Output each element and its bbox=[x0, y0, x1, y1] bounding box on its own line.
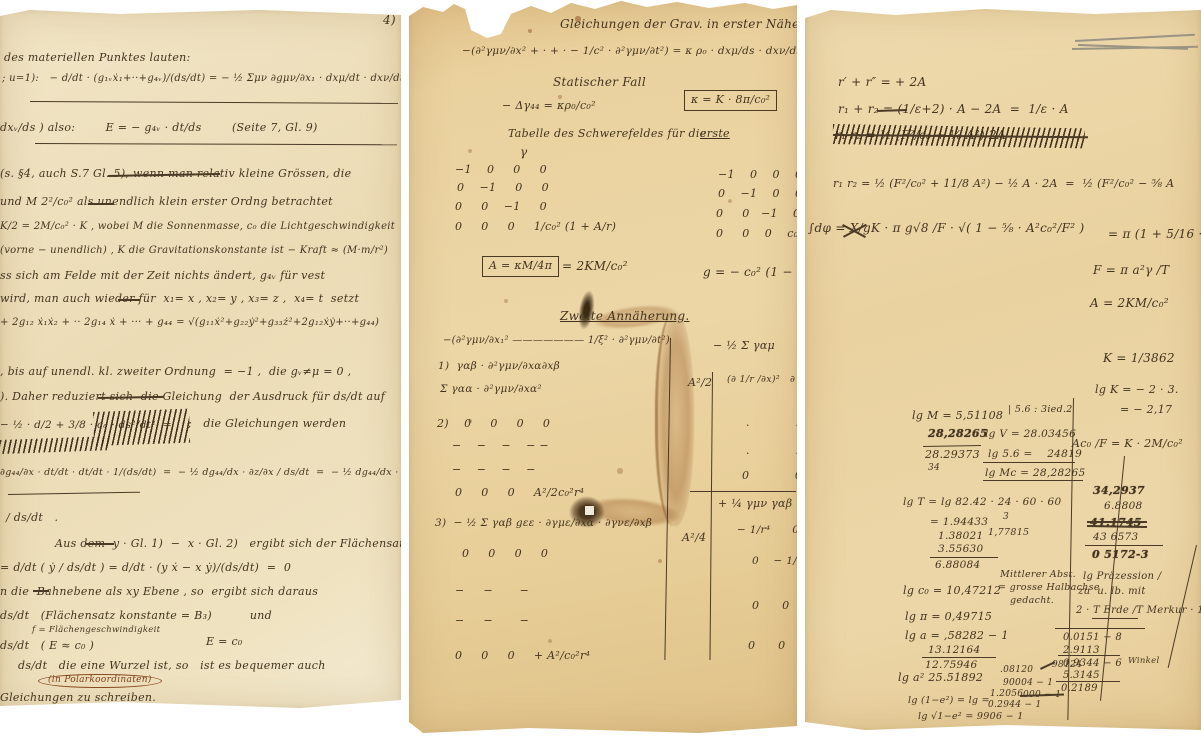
handwritten-line: gedacht. bbox=[1010, 596, 1054, 606]
handwritten-line: r′ + r″ = + 2A bbox=[838, 76, 926, 89]
handwritten-line: (in Polarkoordinaten) bbox=[38, 674, 162, 688]
handwritten-line: lg V = 28.03456 bbox=[985, 429, 1076, 440]
handwritten-line: = − 2,17 bbox=[1120, 404, 1172, 416]
handwritten-line: − ½ Σ γαμ bbox=[713, 340, 775, 352]
handwritten-line: Gleichungen zu schreiben. bbox=[0, 692, 156, 704]
handwritten-line: 28.29373 bbox=[925, 449, 980, 461]
handwritten-line: ds/dt ( E ≈ c₀ ) bbox=[0, 640, 94, 652]
handwritten-line: 1,77815 bbox=[988, 528, 1029, 538]
handwritten-line: 0 0 bbox=[748, 640, 785, 652]
handwritten-line: Mittlerer Abst. bbox=[1000, 570, 1076, 580]
handwritten-line: + ¼ γμν γαβ bbox=[718, 498, 792, 510]
hrule-mark bbox=[983, 462, 1075, 463]
handwritten-line: F = π a²γ /T bbox=[1093, 264, 1169, 277]
handwritten-line: A²/2 bbox=[688, 377, 712, 389]
handwritten-line: 3.55630 bbox=[938, 544, 984, 555]
handwritten-line: (∂ 1/r /∂x)² ∂ 1/r /∂x bbox=[727, 375, 797, 385]
handwritten-line: 0 0 −1 0 bbox=[716, 208, 797, 220]
handwritten-line: lg (1−e²) = lg = bbox=[908, 696, 990, 706]
handwritten-line: und M 2²/c₀² als unendlich klein erster … bbox=[0, 196, 333, 208]
hrule-mark bbox=[1085, 545, 1163, 546]
handwritten-line: Statischer Fall bbox=[553, 76, 646, 89]
handwritten-line: + 2g₁₂ ẋ₁ẋ₂ + ·· 2g₁₄ ẋ + ··· + g₄₄ = √(… bbox=[0, 318, 379, 329]
handwritten-line: lg a² 25.51892 bbox=[898, 672, 983, 684]
handwritten-line: = 2KM/c₀² bbox=[562, 260, 628, 273]
left-manuscript-page: 4)des materiellen Punktes lauten:; u=1):… bbox=[0, 10, 401, 708]
handwritten-line: 13.12164 bbox=[928, 645, 981, 656]
middle-manuscript-page: Gleichungen der Grav. in erster Näherung… bbox=[409, 0, 797, 734]
handwritten-line: 0.0151 − 8 bbox=[1063, 633, 1122, 644]
handwritten-line: 0.2189 bbox=[1061, 684, 1098, 695]
handwritten-line: 0 0 −1 0 bbox=[455, 201, 547, 213]
handwritten-line: κ = K · 8π/c₀² bbox=[684, 90, 777, 111]
handwritten-line: r₁ + r₂ = (1/ε+2) · A − 2A = 1/ε · A bbox=[838, 103, 1069, 116]
handwritten-line: 6.88084 bbox=[935, 560, 981, 571]
handwritten-line: ds/dt (Flächensatz konstante = B₃) und bbox=[0, 610, 272, 622]
hrule-mark bbox=[1092, 618, 1138, 619]
handwritten-line: lg M = 5,51108 bbox=[912, 410, 1003, 422]
hrule-mark bbox=[1056, 681, 1120, 682]
handwritten-line: Ac₀ /F = K · 2M/c₀² bbox=[1072, 438, 1183, 450]
handwritten-line: 1.2056 bbox=[990, 690, 1023, 699]
handwritten-line: Tabelle des Schwerefeldes für die bbox=[508, 128, 706, 140]
handwritten-line: lg Mc = 28,28265 bbox=[985, 468, 1085, 479]
pencil-strike-mark bbox=[1075, 34, 1195, 42]
handwritten-line: | 5.6 : 3ied.2 bbox=[1008, 405, 1073, 415]
handwritten-line: wird, man auch wieder für x₁= x , x₂= y … bbox=[0, 293, 359, 305]
handwritten-line: 1) γαβ · ∂²γμν/∂xα∂xβ bbox=[438, 361, 560, 372]
handwritten-line: erste bbox=[700, 128, 730, 140]
right-manuscript-page: r′ + r″ = + 2Ar₁ + r₂ = (1/ε+2) · A − 2A… bbox=[805, 8, 1201, 730]
handwritten-line: 0 0 0 + A²/c₀²r⁴ bbox=[455, 650, 590, 662]
handwritten-line: 98124 bbox=[1052, 661, 1082, 670]
hrule-mark bbox=[690, 491, 796, 492]
handwritten-line: 4) bbox=[383, 14, 396, 27]
handwritten-line: − − − bbox=[455, 585, 529, 597]
handwritten-line: − − − − − bbox=[452, 440, 549, 452]
handwritten-line: g = − c₀² (1 − bbox=[703, 266, 793, 279]
handwritten-line: · · bbox=[746, 448, 797, 460]
handwritten-line: 3) − ½ Σ γαβ gεε · ∂γμε/∂xα · ∂γνε/∂xβ bbox=[435, 518, 652, 529]
handwritten-line: ss sich am Felde mit der Zeit nichts änd… bbox=[0, 270, 325, 282]
handwritten-line: 0 − 1/r⁴ bbox=[752, 556, 797, 567]
vline-mark bbox=[709, 372, 713, 660]
strike-mark bbox=[86, 543, 114, 545]
handwritten-line: Gleichungen der Grav. in erster Näherung bbox=[560, 18, 797, 31]
handwritten-line: −(∂²γμν/∂x₁² ——————— 1/ξ² · ∂²γμν/∂t²) bbox=[443, 336, 670, 347]
handwritten-line: E = c₀ bbox=[206, 636, 243, 648]
handwritten-line: −1 0 0 0 bbox=[718, 169, 797, 181]
handwritten-line: − − − bbox=[455, 615, 529, 627]
hrule-mark bbox=[8, 492, 140, 496]
handwritten-line: lg T = lg 82.42 · 24 · 60 · 60 bbox=[903, 497, 1062, 508]
handwritten-line: = d/dt ( ẏ / ds/dt ) = d/dt · (y ẋ − x ẏ… bbox=[0, 562, 291, 574]
handwritten-line: 0 0 0 c₀ bbox=[716, 228, 797, 240]
handwritten-line: 12.75946 bbox=[925, 660, 978, 671]
handwritten-line: Winkel bbox=[1128, 657, 1159, 666]
handwritten-line: lg a = ,58282 − 1 bbox=[905, 630, 1009, 642]
hrule-mark bbox=[983, 480, 1083, 481]
handwritten-line: A = 2KM/c₀² bbox=[1090, 297, 1169, 310]
manuscript-photo: 4)des materiellen Punktes lauten:; u=1):… bbox=[0, 0, 1201, 740]
handwritten-line: 90004 − 1 bbox=[1003, 679, 1053, 688]
handwritten-line: − 1/r⁴ 0 bbox=[737, 525, 797, 536]
handwritten-line: f = Flächengeschwindigkeit bbox=[32, 626, 160, 635]
handwritten-line: 3 bbox=[1003, 513, 1009, 522]
hrule-mark bbox=[930, 557, 998, 558]
handwritten-line: 0 0 0 1/c₀² (1 + A/r) bbox=[455, 221, 616, 233]
handwritten-line: · · bbox=[746, 420, 797, 432]
handwritten-line: 0.2944 − 1 bbox=[988, 701, 1041, 710]
handwritten-line: ∂g₄₄/∂x · dt/dt · dt/dt · 1/(ds/dt) = − … bbox=[0, 468, 401, 478]
handwritten-line: γ bbox=[520, 146, 527, 159]
handwritten-line: n die Bahnebene als xy Ebene , so ergibt… bbox=[0, 586, 318, 598]
handwritten-line: 2) 0 0 0 0 bbox=[437, 418, 550, 430]
punch-hole bbox=[585, 506, 594, 515]
handwritten-line: 0 0 bbox=[742, 470, 797, 482]
handwritten-line: .08120 bbox=[1000, 666, 1033, 675]
handwritten-line: 0 0 bbox=[752, 600, 789, 612]
handwritten-line: (vorne − unendlich) , K die Gravitations… bbox=[0, 246, 388, 257]
handwritten-line: ; u=1): − d/dt · (g₁ᵥẋ₁+··+g₄ᵥ)/(ds/dt) … bbox=[2, 74, 401, 85]
handwritten-line: lg c₀ = 10,47212 bbox=[903, 585, 1001, 597]
handwritten-line: lg π = 0,49715 bbox=[905, 611, 992, 623]
handwritten-line: lg 5.6 = 24819 bbox=[988, 449, 1082, 460]
handwritten-line: 34,2937 bbox=[1093, 485, 1145, 497]
handwritten-line: 0 −1 0 0 bbox=[457, 182, 549, 194]
strike-mark bbox=[1087, 521, 1147, 523]
handwritten-line: − Δγ₄₄ = κρ₀/c₀² bbox=[502, 100, 596, 112]
strike-mark bbox=[118, 299, 140, 301]
handwritten-line: 28,28265 bbox=[928, 428, 988, 440]
handwritten-line: = 1.94433 bbox=[930, 517, 988, 528]
handwritten-line: ; die Gleichungen werden bbox=[188, 418, 346, 430]
paper-edge-shading bbox=[0, 10, 401, 708]
handwritten-line: des materiellen Punktes lauten: bbox=[4, 52, 191, 64]
hrule-mark bbox=[1058, 655, 1120, 656]
hrule-mark bbox=[30, 101, 398, 104]
foxing-speckles bbox=[409, 0, 411, 2]
strike-mark bbox=[88, 203, 114, 205]
handwritten-line: lg Präzession / bbox=[1083, 572, 1161, 583]
handwritten-line: A = κM/4π bbox=[482, 256, 559, 277]
handwritten-line: − − − − bbox=[452, 464, 536, 476]
strike-mark bbox=[33, 590, 49, 592]
hrule-mark bbox=[1055, 628, 1145, 629]
handwritten-line: K = 1/3862 bbox=[1103, 352, 1175, 365]
handwritten-line: = π (1 + 5/16 · bbox=[1108, 228, 1201, 241]
handwritten-line: ds/dt die eine Wurzel ist, so ist es beq… bbox=[18, 660, 326, 672]
handwritten-line: 34 bbox=[928, 464, 940, 473]
hrule-mark bbox=[923, 445, 981, 447]
handwritten-line: 0 0 0 0 bbox=[462, 548, 548, 560]
handwritten-line: A²/4 bbox=[682, 532, 706, 544]
paper-edge-shading bbox=[805, 8, 1201, 730]
hrule-mark bbox=[922, 657, 996, 658]
handwritten-line: / ds/dt . bbox=[6, 512, 58, 524]
handwritten-line: lg √1−e² = 9906 − 1 bbox=[918, 712, 1024, 722]
vline-mark bbox=[664, 338, 671, 660]
handwritten-line: 0 5172-3 bbox=[1092, 549, 1149, 561]
handwritten-line: −1 0 0 0 bbox=[455, 164, 547, 176]
handwritten-line: 1.38021 bbox=[938, 531, 984, 542]
handwritten-line: dxᵥ/ds ) also: E = − g₄ᵥ · dt/ds (Seite … bbox=[0, 122, 318, 134]
handwritten-line: lg K = − 2 · 3. bbox=[1095, 384, 1179, 396]
handwritten-line: 6.8808 bbox=[1104, 501, 1143, 512]
handwritten-line: 0 0 0 A²/2c₀²r⁴ bbox=[455, 487, 584, 499]
hrule-mark bbox=[35, 143, 397, 146]
handwritten-line: ). Daher reduziert sich die Gleichung de… bbox=[0, 391, 385, 403]
scribble-mark bbox=[0, 436, 110, 454]
handwritten-line: K/2 = 2M/c₀² · K , wobei M die Sonnenmas… bbox=[0, 222, 395, 233]
handwritten-line: 0 −1 0 0 bbox=[718, 188, 797, 200]
handwritten-line: r₁ r₂ = ½ (F²/c₀² + 11/8 A²) − ½ A · 2A … bbox=[833, 178, 1174, 190]
handwritten-line: −(∂²γμν/∂x² + · + · − 1/c² · ∂²γμν/∂t²) … bbox=[462, 46, 797, 57]
handwritten-line: Σ γαα · ∂²γμν/∂xα² bbox=[440, 384, 542, 395]
handwritten-line: Zweite Annäherung. bbox=[560, 310, 689, 323]
handwritten-line: , bis auf unendl. kl. zweiter Ordnung = … bbox=[0, 366, 351, 378]
